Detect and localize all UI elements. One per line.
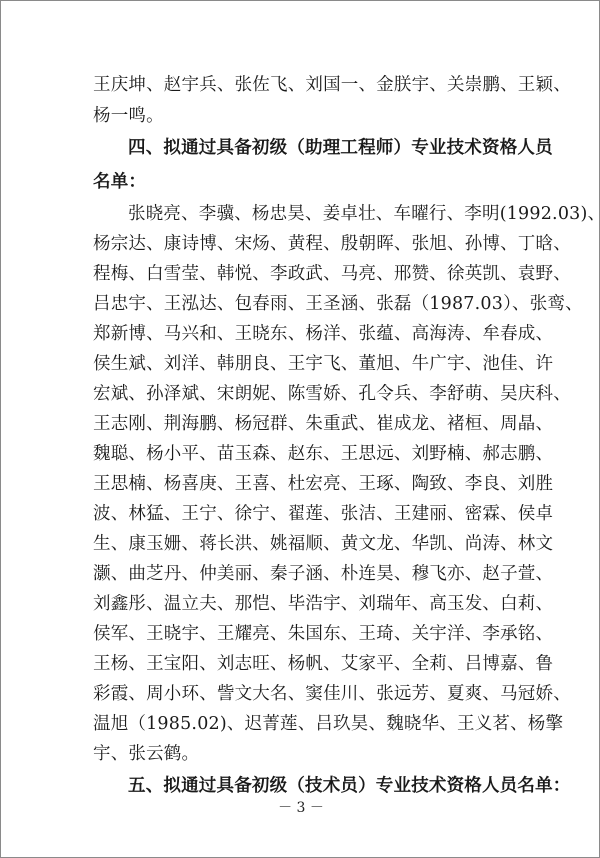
document-page: 王庆坤、赵宇兵、张佐飞、刘国一、金朕宇、关崇鹏、王颖、 杨一鸣。 四、拟通过具备… [0, 0, 600, 858]
document-body: 王庆坤、赵宇兵、张佐飞、刘国一、金朕宇、关崇鹏、王颖、 杨一鸣。 四、拟通过具备… [93, 69, 518, 803]
section-four-heading: 四、拟通过具备初级（助理工程师）专业技术资格人员 [93, 131, 518, 165]
name-list-line: 宇、张云鹤。 [93, 739, 518, 769]
name-list-line: 吕忠宇、王泓达、包春雨、王圣涵、张磊（1987.03）、张鸾、 [93, 289, 518, 319]
name-list-line: 刘鑫彤、温立夫、那恺、毕浩宇、刘瑞年、高玉发、白莉、 [93, 589, 518, 619]
name-list-line: 侯生斌、刘洋、韩朋良、王宇飞、董旭、牛广宇、池佳、许 [93, 349, 518, 379]
name-list-line: 生、康玉姗、蒋长洪、姚福顺、黄文龙、华凯、尚涛、林文 [93, 529, 518, 559]
name-list-line: 程梅、白雪莹、韩悦、李政武、马亮、邢赞、徐英凯、袁野、 [93, 259, 518, 289]
name-list-line: 温旭（1985.02)、迟菁莲、吕玖昊、魏晓华、王义茗、杨擎 [93, 709, 518, 739]
name-list-line: 张晓亮、李骥、杨忠昊、姜卓壮、车曜行、李明(1992.03)、 [93, 199, 518, 229]
name-list-line: 魏聪、杨小平、苗玉森、赵东、王思远、刘野楠、郝志鹏、 [93, 439, 518, 469]
name-list-line: 郑新博、马兴和、王晓东、杨洋、张蕴、高海涛、牟春成、 [93, 319, 518, 349]
continuation-line: 杨一鸣。 [93, 101, 518, 131]
name-list-line: 灏、曲芝丹、仲美丽、秦子涵、朴连昊、穆飞亦、赵子萱、 [93, 559, 518, 589]
name-list-line: 波、林猛、王宁、徐宁、翟莲、张洁、王建丽、密霖、侯卓 [93, 499, 518, 529]
name-list-line: 王杨、王宝阳、刘志旺、杨帆、艾家平、全莉、吕博嘉、鲁 [93, 649, 518, 679]
name-list-line: 彩霞、周小环、訾文大名、窦佳川、张远芳、夏爽、马冠娇、 [93, 679, 518, 709]
name-list-line: 王思楠、杨喜庚、王喜、杜宏亮、王琢、陶致、李良、刘胜 [93, 469, 518, 499]
name-list-line: 侯军、王晓宇、王耀亮、朱国东、王琦、关宇洋、李承铭、 [93, 619, 518, 649]
name-list-line: 宏斌、孙泽斌、宋朗妮、陈雪娇、孔令兵、李舒萌、吴庆科、 [93, 379, 518, 409]
continuation-line: 王庆坤、赵宇兵、张佐飞、刘国一、金朕宇、关崇鹏、王颖、 [93, 69, 518, 101]
name-list-line: 王志刚、荆海鹏、杨冠群、朱重武、崔成龙、褚桓、周晶、 [93, 409, 518, 439]
section-four-heading-cont: 名单： [93, 165, 518, 199]
name-list-line: 杨宗达、康诗博、宋炀、黄程、殷朝晖、张旭、孙博、丁晗、 [93, 229, 518, 259]
page-number: － 3 － [1, 797, 600, 817]
